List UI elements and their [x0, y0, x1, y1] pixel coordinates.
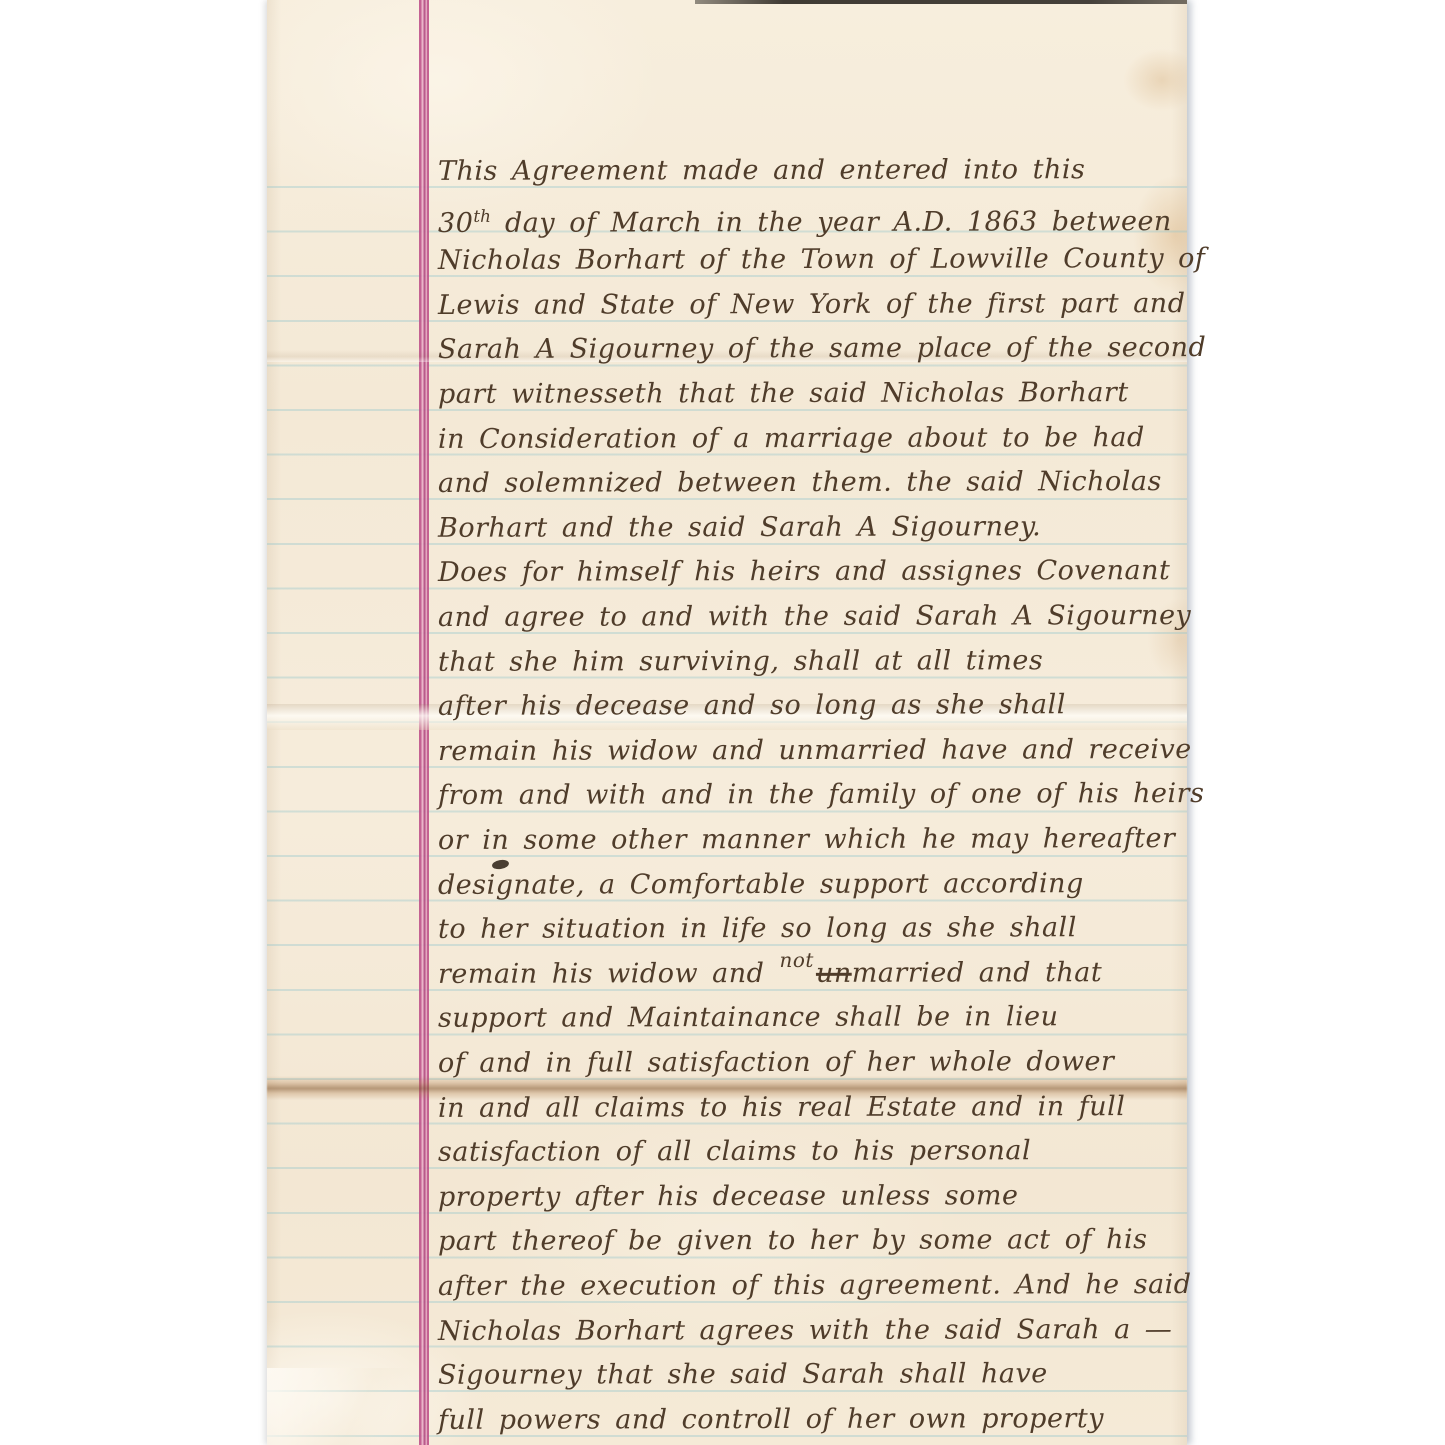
handwritten-segment-strike: un	[816, 958, 852, 989]
handwritten-line: Nicholas Borhart agrees with the said Sa…	[438, 1307, 1172, 1354]
handwritten-line: satisfaction of all claims to his person…	[438, 1128, 1031, 1175]
handwritten-line: 30th day of March in the year A.D. 1863 …	[438, 192, 1172, 239]
handwritten-line: Borhart and the said Sarah A Sigourney.	[438, 504, 1041, 551]
handwritten-line: after his decease and so long as she sha…	[438, 682, 1066, 729]
handwriting: This Agreement made and entered into thi…	[267, 0, 1187, 1445]
handwritten-segment: 30	[438, 207, 473, 238]
paper-sheet: This Agreement made and entered into thi…	[267, 0, 1187, 1445]
handwritten-line: full powers and controll of her own prop…	[438, 1396, 1104, 1443]
handwritten-line: from and with and in the family of one o…	[438, 771, 1205, 818]
handwritten-line: support and Maintainance shall be in lie…	[438, 995, 1059, 1042]
handwritten-line: in and all claims to his real Estate and…	[438, 1084, 1125, 1131]
handwritten-line: Sarah A Sigourney of the same place of t…	[438, 325, 1206, 372]
scan-background: This Agreement made and entered into thi…	[0, 0, 1445, 1445]
handwritten-line: in Consideration of a marriage about to …	[438, 415, 1145, 462]
handwritten-line: after the execution of this agreement. A…	[438, 1262, 1192, 1309]
handwritten-segment-insert: not	[779, 938, 814, 983]
handwritten-line: part thereof be given to her by some act…	[438, 1217, 1148, 1264]
handwritten-line: and solemnized between them. the said Ni…	[438, 459, 1162, 506]
handwritten-line: Lewis and State of New York of the first…	[438, 281, 1186, 328]
handwritten-segment: day of March in the year A.D. 1863 betwe…	[491, 206, 1172, 239]
handwritten-line: remain his widow and notunmarried and th…	[438, 950, 1102, 997]
handwritten-line: Sigourney that she said Sarah shall have	[438, 1351, 1048, 1398]
handwritten-segment: married and that	[852, 957, 1103, 989]
handwritten-line: to her situation in life so long as she …	[438, 905, 1077, 952]
handwritten-line: property after his decease unless some	[438, 1173, 1019, 1220]
handwritten-line: designate, a Comfortable support accordi…	[438, 861, 1084, 908]
handwritten-segment: remain his widow and	[438, 958, 779, 990]
handwritten-line: This Agreement made and entered into thi…	[438, 147, 1085, 194]
handwritten-line: remain his widow and unmarried have and …	[438, 727, 1192, 774]
handwritten-line: part witnesseth that the said Nicholas B…	[438, 370, 1129, 417]
handwritten-line: Nicholas Borhart of the Town of Lowville…	[438, 236, 1206, 283]
handwritten-line: and agree to and with the said Sarah A S…	[438, 593, 1191, 640]
handwritten-segment-sup: th	[473, 205, 491, 225]
handwritten-line: of and in full satisfaction of her whole…	[438, 1039, 1115, 1086]
handwritten-line: Does for himself his heirs and assignes …	[438, 548, 1170, 595]
handwritten-line: that she him surviving, shall at all tim…	[438, 638, 1043, 685]
handwritten-line: or in some other manner which he may her…	[438, 816, 1175, 863]
